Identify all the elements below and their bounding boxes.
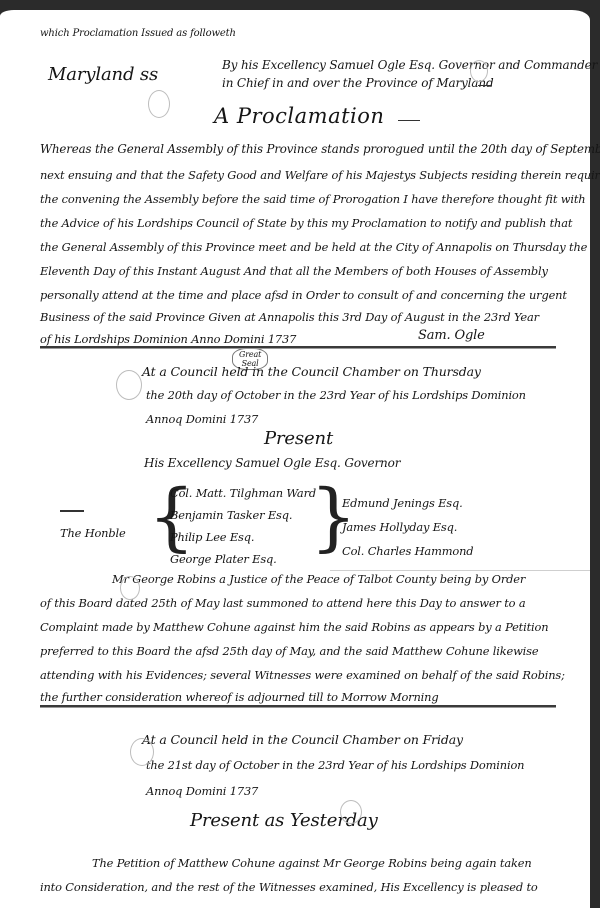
place-heading: Maryland ss bbox=[48, 64, 158, 85]
proclamation-body-line: Business of the said Province Given at A… bbox=[40, 310, 539, 324]
flourish-dash bbox=[398, 120, 420, 121]
council-1-header-line: the 20th day of October in the 23rd Year… bbox=[146, 388, 526, 402]
proclamation-title: A Proclamation bbox=[214, 104, 384, 128]
section-divider bbox=[40, 705, 556, 708]
issuer-line-2: in Chief in and over the Province of Mar… bbox=[222, 76, 493, 90]
council-2-header-line: Annoq Domini 1737 bbox=[146, 784, 258, 798]
honble-label: The Honble bbox=[60, 526, 126, 540]
council-1-minutes-line: the further consideration whereof is adj… bbox=[40, 690, 438, 704]
ink-flourish bbox=[470, 60, 488, 82]
proclamation-body-line: the Advice of his Lordships Council of S… bbox=[40, 216, 572, 230]
issuer-line-1: By his Excellency Samuel Ogle Esq. Gover… bbox=[222, 58, 597, 72]
council-1-minutes-line: of this Board dated 25th of May last sum… bbox=[40, 596, 525, 610]
faint-rule bbox=[330, 570, 590, 571]
flourish-dash bbox=[60, 510, 84, 512]
scan-border-right bbox=[590, 0, 600, 908]
ink-flourish bbox=[116, 370, 142, 400]
ink-flourish bbox=[148, 90, 170, 118]
council-1-header-line: Annoq Domini 1737 bbox=[146, 412, 258, 426]
present-heading: Present bbox=[264, 428, 333, 449]
council-1-minutes-line: attending with his Evidences; several Wi… bbox=[40, 668, 565, 682]
ink-flourish bbox=[130, 738, 154, 766]
intro-line: which Proclamation Issued as followeth bbox=[40, 28, 236, 39]
proclamation-body-line: the convening the Assembly before the sa… bbox=[40, 192, 585, 206]
council-1-header-line: At a Council held in the Council Chamber… bbox=[142, 364, 481, 379]
manuscript-page: which Proclamation Issued as followeth M… bbox=[0, 10, 590, 908]
ink-flourish bbox=[340, 800, 362, 824]
member-right: Col. Charles Hammond bbox=[342, 544, 473, 558]
proclamation-body-line: Whereas the General Assembly of this Pro… bbox=[40, 142, 600, 156]
governor-line: His Excellency Samuel Ogle Esq. Governor bbox=[144, 456, 400, 470]
signature: Sam. Ogle bbox=[418, 328, 485, 343]
member-left: Col. Matt. Tilghman Ward bbox=[170, 486, 316, 500]
proclamation-body-line: next ensuing and that the Safety Good an… bbox=[40, 168, 600, 182]
council-2-header-line: At a Council held in the Council Chamber… bbox=[142, 732, 463, 747]
council-2-header-line: the 21st day of October in the 23rd Year… bbox=[146, 758, 524, 772]
council-1-minutes-line: Complaint made by Matthew Cohune against… bbox=[40, 620, 548, 634]
member-left: Philip Lee Esq. bbox=[170, 530, 254, 544]
proclamation-body-line: personally attend at the time and place … bbox=[40, 288, 567, 302]
right-brace: } bbox=[310, 480, 357, 554]
proclamation-body-line: the General Assembly of this Province me… bbox=[40, 240, 587, 254]
section-divider bbox=[40, 346, 556, 349]
council-2-minutes-line: into Consideration, and the rest of the … bbox=[40, 880, 538, 894]
proclamation-body-line: Eleventh Day of this Instant August And … bbox=[40, 264, 548, 278]
member-left: George Plater Esq. bbox=[170, 552, 277, 566]
member-left: Benjamin Tasker Esq. bbox=[170, 508, 292, 522]
member-right: Edmund Jenings Esq. bbox=[342, 496, 463, 510]
member-right: James Hollyday Esq. bbox=[342, 520, 457, 534]
seal-line-1: Great bbox=[239, 350, 261, 359]
council-2-minutes-line: The Petition of Matthew Cohune against M… bbox=[92, 856, 532, 870]
council-1-minutes-line: Mr George Robins a Justice of the Peace … bbox=[112, 572, 525, 586]
proclamation-body-line: of his Lordships Dominion Anno Domini 17… bbox=[40, 332, 296, 346]
council-1-minutes-line: preferred to this Board the afsd 25th da… bbox=[40, 644, 538, 658]
flourish-dash bbox=[478, 85, 492, 86]
ink-flourish bbox=[120, 576, 140, 600]
